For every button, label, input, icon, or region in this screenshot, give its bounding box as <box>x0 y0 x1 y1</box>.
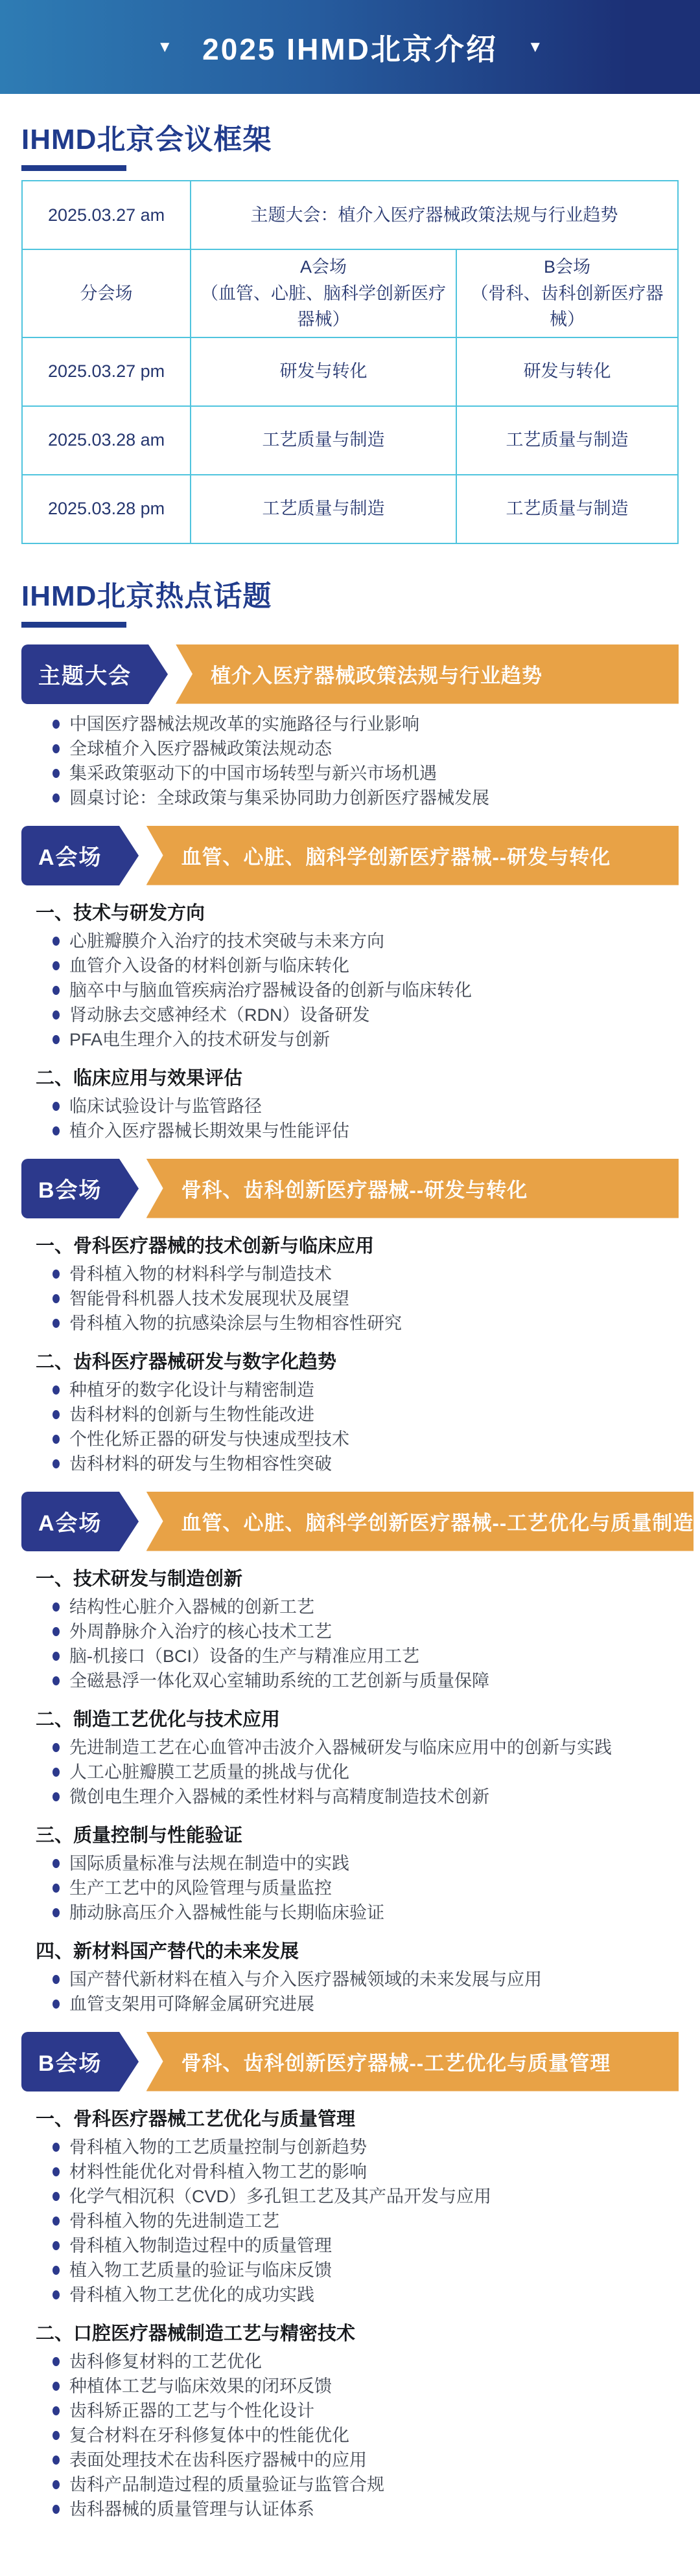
list-item-text: 种植体工艺与临床效果的闭环反馈 <box>69 2377 332 2396</box>
topic-list: 结构性心脏介入器械的创新工艺 外周静脉介入治疗的核心技术工艺 脑-机接口（BCI… <box>21 1596 679 1692</box>
bullet-dot-icon <box>52 1627 60 1636</box>
bullet-dot-icon <box>52 986 60 995</box>
schedule-cell: A会场 （血管、心脏、脑科学创新医疗器械） <box>191 249 456 337</box>
section-banner: 主题大会 植介入医疗器械政策法规与行业趋势 <box>21 644 679 704</box>
group-heading: 二、临床应用与效果评估 <box>21 1064 679 1090</box>
session-title-banner: 植介入医疗器械政策法规与行业趋势 <box>176 644 679 704</box>
table-row: 分会场 A会场 （血管、心脏、脑科学创新医疗器械） B会场 （骨科、齿科创新医疗… <box>22 249 678 337</box>
schedule-cell: 研发与转化 <box>456 337 678 406</box>
section-banner: A会场 血管、心脏、脑科学创新医疗器械--研发与转化 <box>21 826 679 885</box>
session-badge-label: 主题大会 <box>38 658 132 690</box>
bullet-dot-icon <box>52 2192 60 2201</box>
table-row: 2025.03.27 pm 研发与转化 研发与转化 <box>22 337 678 406</box>
session-title-banner: 血管、心脏、脑科学创新医疗器械--研发与转化 <box>146 826 679 885</box>
section-banner: B会场 骨科、齿科创新医疗器械--工艺优化与质量管理 <box>21 2032 679 2092</box>
topic-list: 骨科植入物的材料科学与制造技术 智能骨科机器人技术发展现状及展望 骨科植入物的抗… <box>21 1263 679 1334</box>
list-item: 国产替代新材料在植入与介入医疗器械领域的未来发展与应用 <box>21 1968 679 1990</box>
session-badge-label: B会场 <box>38 1172 102 1204</box>
list-item-text: 先进制造工艺在心血管冲击波介入器械研发与临床应用中的创新与实践 <box>69 1738 612 1757</box>
list-item-text: 圆桌讨论：全球政策与集采协同助力创新医疗器械发展 <box>69 788 489 808</box>
schedule-table: 2025.03.27 am 主题大会：植介入医疗器械政策法规与行业趋势 分会场 … <box>21 180 679 544</box>
table-row: 2025.03.28 am 工艺质量与制造 工艺质量与制造 <box>22 406 678 475</box>
bullet-dot-icon <box>52 1884 60 1893</box>
hot-topics-section: IHMD北京热点话题 主题大会 植介入医疗器械政策法规与行业趋势 中国医疗器械法… <box>21 573 679 2520</box>
list-item: 结构性心脏介入器械的创新工艺 <box>21 1596 679 1618</box>
venue-a-name: A会场 <box>198 254 449 280</box>
bullet-dot-icon <box>52 2456 60 2465</box>
list-item: 圆桌讨论：全球政策与集采协同助力创新医疗器械发展 <box>21 787 679 809</box>
group-heading: 一、技术与研发方向 <box>21 898 679 925</box>
list-item-text: 骨科植入物的抗感染涂层与生物相容性研究 <box>69 1314 402 1333</box>
list-item: 血管支架用可降解金属研究进展 <box>21 1993 679 2015</box>
list-item: 骨科植入物制造过程中的质量管理 <box>21 2235 679 2257</box>
bullet-dot-icon <box>52 1792 60 1801</box>
bullet-dot-icon <box>52 1035 60 1044</box>
list-item: 齿科修复材料的工艺优化 <box>21 2351 679 2373</box>
list-item-text: PFA电生理介入的技术研发与创新 <box>69 1030 330 1049</box>
topic-list: 心脏瓣膜介入治疗的技术突破与未来方向 血管介入设备的材料创新与临床转化 脑卒中与… <box>21 930 679 1051</box>
topic-section-b-quality: B会场 骨科、齿科创新医疗器械--工艺优化与质量管理 一、骨科医疗器械工艺优化与… <box>21 2032 679 2520</box>
group-heading: 三、质量控制与性能验证 <box>21 1821 679 1847</box>
schedule-time-cell: 2025.03.27 am <box>22 181 191 249</box>
list-item: 中国医疗器械法规改革的实施路径与行业影响 <box>21 713 679 735</box>
schedule-cell: 工艺质量与制造 <box>456 475 678 543</box>
session-title-banner: 骨科、齿科创新医疗器械--研发与转化 <box>146 1159 679 1218</box>
topic-list: 齿科修复材料的工艺优化 种植体工艺与临床效果的闭环反馈 齿科矫正器的工艺与个性化… <box>21 2351 679 2520</box>
list-item: 脑卒中与脑血管疾病治疗器械设备的创新与临床转化 <box>21 979 679 1001</box>
session-title: 植介入医疗器械政策法规与行业趋势 <box>211 659 542 689</box>
list-item: 微创电生理介入器械的柔性材料与高精度制造技术创新 <box>21 1786 679 1808</box>
list-item-text: 肾动脉去交感神经术（RDN）设备研发 <box>69 1005 370 1025</box>
list-item-text: 植介入医疗器械长期效果与性能评估 <box>69 1121 349 1141</box>
bullet-dot-icon <box>52 1319 60 1328</box>
list-item-text: 国际质量标准与法规在制造中的实践 <box>69 1854 349 1873</box>
bullet-dot-icon <box>52 720 60 729</box>
right-triangle-icon: ▼ <box>528 40 543 55</box>
bullet-dot-icon <box>52 2143 60 2152</box>
venue-a-desc: （血管、心脏、脑科学创新医疗器械） <box>198 280 449 333</box>
list-item: 人工心脏瓣膜工艺质量的挑战与优化 <box>21 1761 679 1783</box>
heading-underline <box>21 622 126 628</box>
list-item: 国际质量标准与法规在制造中的实践 <box>21 1852 679 1875</box>
list-item-text: 生产工艺中的风险管理与质量监控 <box>69 1878 332 1898</box>
list-item: 临床试验设计与监管路径 <box>21 1095 679 1117</box>
table-row: 2025.03.28 pm 工艺质量与制造 工艺质量与制造 <box>22 475 678 543</box>
schedule-cell: 主题大会：植介入医疗器械政策法规与行业趋势 <box>191 181 678 249</box>
bullet-dot-icon <box>52 2167 60 2176</box>
list-item: 骨科植入物的先进制造工艺 <box>21 2210 679 2232</box>
schedule-cell: 工艺质量与制造 <box>191 475 456 543</box>
list-item-text: 化学气相沉积（CVD）多孔钽工艺及其产品开发与应用 <box>69 2187 491 2206</box>
list-item: 集采政策驱动下的中国市场转型与新兴市场机遇 <box>21 762 679 784</box>
list-item-text: 人工心脏瓣膜工艺质量的挑战与优化 <box>69 1762 349 1782</box>
list-item: 骨科植入物的抗感染涂层与生物相容性研究 <box>21 1312 679 1334</box>
bullet-dot-icon <box>52 1435 60 1444</box>
list-item: 材料性能优化对骨科植入物工艺的影响 <box>21 2161 679 2183</box>
list-item-text: 骨科植入物制造过程中的质量管理 <box>69 2236 332 2255</box>
list-item-text: 集采政策驱动下的中国市场转型与新兴市场机遇 <box>69 764 437 783</box>
list-item-text: 结构性心脏介入器械的创新工艺 <box>69 1597 314 1617</box>
list-item: 化学气相沉积（CVD）多孔钽工艺及其产品开发与应用 <box>21 2185 679 2207</box>
list-item: 先进制造工艺在心血管冲击波介入器械研发与临床应用中的创新与实践 <box>21 1737 679 1759</box>
list-item: 齿科产品制造过程的质量验证与监管合规 <box>21 2474 679 2496</box>
topic-section-a-quality: A会场 血管、心脏、脑科学创新医疗器械--工艺优化与质量制造 一、技术研发与制造… <box>21 1492 679 2015</box>
bullet-dot-icon <box>52 1602 60 1612</box>
bullet-dot-icon <box>52 1859 60 1868</box>
bullet-dot-icon <box>52 2241 60 2250</box>
list-item: 血管介入设备的材料创新与临床转化 <box>21 955 679 977</box>
list-item: 种植体工艺与临床效果的闭环反馈 <box>21 2375 679 2397</box>
list-item: 齿科材料的创新与生物性能改进 <box>21 1404 679 1426</box>
topic-list: 种植牙的数字化设计与精密制造 齿科材料的创新与生物性能改进 个性化矫正器的研发与… <box>21 1379 679 1475</box>
list-item-text: 齿科矫正器的工艺与个性化设计 <box>69 2401 314 2421</box>
schedule-time-cell: 2025.03.27 pm <box>22 337 191 406</box>
list-item: 骨科植入物工艺优化的成功实践 <box>21 2284 679 2306</box>
hot-topics-heading: IHMD北京热点话题 <box>21 573 679 614</box>
topic-list: 先进制造工艺在心血管冲击波介入器械研发与临床应用中的创新与实践 人工心脏瓣膜工艺… <box>21 1737 679 1808</box>
schedule-time-cell: 2025.03.28 am <box>22 406 191 475</box>
list-item: 齿科材料的研发与生物相容性突破 <box>21 1453 679 1475</box>
framework-heading: IHMD北京会议框架 <box>21 116 679 157</box>
list-item-text: 表面处理技术在齿科医疗器械中的应用 <box>69 2450 367 2470</box>
list-item: 骨科植入物的工艺质量控制与创新趋势 <box>21 2136 679 2158</box>
list-item-text: 智能骨科机器人技术发展现状及展望 <box>69 1289 349 1308</box>
group-heading: 一、技术研发与制造创新 <box>21 1564 679 1591</box>
list-item-text: 齿科材料的创新与生物性能改进 <box>69 1405 314 1424</box>
list-item-text: 齿科材料的研发与生物相容性突破 <box>69 1454 332 1474</box>
list-item-text: 齿科器械的质量管理与认证体系 <box>69 2500 314 2519</box>
bullet-dot-icon <box>52 1010 60 1020</box>
list-item: 齿科矫正器的工艺与个性化设计 <box>21 2400 679 2422</box>
bullet-dot-icon <box>52 1102 60 1111</box>
list-item: 齿科器械的质量管理与认证体系 <box>21 2498 679 2520</box>
venue-b-desc: （骨科、齿科创新医疗器械） <box>463 280 671 333</box>
list-item: 肾动脉去交感神经术（RDN）设备研发 <box>21 1004 679 1026</box>
schedule-cell: 工艺质量与制造 <box>456 406 678 475</box>
list-item: 外周静脉介入治疗的核心技术工艺 <box>21 1621 679 1643</box>
schedule-time-cell: 分会场 <box>22 249 191 337</box>
bullet-dot-icon <box>52 769 60 778</box>
bullet-dot-icon <box>52 2480 60 2489</box>
bullet-dot-icon <box>52 1294 60 1303</box>
bullet-dot-icon <box>52 1975 60 1984</box>
topic-list: 骨科植入物的工艺质量控制与创新趋势 材料性能优化对骨科植入物工艺的影响 化学气相… <box>21 2136 679 2306</box>
group-heading: 一、骨科医疗器械工艺优化与质量管理 <box>21 2104 679 2131</box>
session-badge: B会场 <box>21 1159 119 1218</box>
bullet-dot-icon <box>52 2505 60 2514</box>
bullet-dot-icon <box>52 2406 60 2415</box>
bullet-dot-icon <box>52 1270 60 1279</box>
list-item-text: 个性化矫正器的研发与快速成型技术 <box>69 1430 349 1449</box>
bullet-dot-icon <box>52 1410 60 1419</box>
schedule-cell: B会场 （骨科、齿科创新医疗器械） <box>456 249 678 337</box>
bullet-dot-icon <box>52 1459 60 1468</box>
list-item-text: 全球植介入医疗器械政策法规动态 <box>69 739 332 758</box>
session-title-banner: 血管、心脏、脑科学创新医疗器械--工艺优化与质量制造 <box>146 1492 694 1551</box>
topic-section-a-rd: A会场 血管、心脏、脑科学创新医疗器械--研发与转化 一、技术与研发方向 心脏瓣… <box>21 826 679 1142</box>
bullet-dot-icon <box>52 2431 60 2440</box>
list-item: PFA电生理介入的技术研发与创新 <box>21 1029 679 1051</box>
group-heading: 二、齿科医疗器械研发与数字化趋势 <box>21 1347 679 1374</box>
topic-list: 临床试验设计与监管路径 植介入医疗器械长期效果与性能评估 <box>21 1095 679 1142</box>
page-header[interactable]: ▼ 2025 IHMD北京介绍 ▼ <box>0 0 700 94</box>
list-item-text: 骨科植入物的材料科学与制造技术 <box>69 1264 332 1284</box>
list-item: 个性化矫正器的研发与快速成型技术 <box>21 1428 679 1450</box>
page-title: 2025 IHMD北京介绍 <box>202 26 498 69</box>
list-item-text: 外周静脉介入治疗的核心技术工艺 <box>69 1622 332 1641</box>
list-item-text: 骨科植入物工艺优化的成功实践 <box>69 2285 314 2305</box>
list-item-text: 脑卒中与脑血管疾病治疗器械设备的创新与临床转化 <box>69 981 472 1000</box>
heading-underline <box>21 165 126 171</box>
list-item-text: 骨科植入物的先进制造工艺 <box>69 2211 279 2231</box>
framework-section: IHMD北京会议框架 2025.03.27 am 主题大会：植介入医疗器械政策法… <box>21 116 679 544</box>
list-item: 脑-机接口（BCI）设备的生产与精准应用工艺 <box>21 1645 679 1667</box>
session-title: 骨科、齿科创新医疗器械--研发与转化 <box>181 1174 528 1203</box>
list-item: 智能骨科机器人技术发展现状及展望 <box>21 1288 679 1310</box>
bullet-dot-icon <box>52 1768 60 1777</box>
list-item: 全磁悬浮一体化双心室辅助系统的工艺创新与质量保障 <box>21 1670 679 1692</box>
topic-list: 国际质量标准与法规在制造中的实践 生产工艺中的风险管理与质量监控 肺动脉高压介入… <box>21 1852 679 1924</box>
list-item: 表面处理技术在齿科医疗器械中的应用 <box>21 2449 679 2471</box>
list-item-text: 中国医疗器械法规改革的实施路径与行业影响 <box>69 714 419 734</box>
bullet-dot-icon <box>52 937 60 946</box>
bullet-dot-icon <box>52 2266 60 2275</box>
list-item-text: 齿科产品制造过程的质量验证与监管合规 <box>69 2475 384 2494</box>
session-badge: A会场 <box>21 1492 119 1551</box>
bullet-dot-icon <box>52 961 60 970</box>
topic-section-b-rd: B会场 骨科、齿科创新医疗器械--研发与转化 一、骨科医疗器械的技术创新与临床应… <box>21 1159 679 1475</box>
bullet-dot-icon <box>52 744 60 753</box>
bullet-dot-icon <box>52 1652 60 1661</box>
list-item-text: 全磁悬浮一体化双心室辅助系统的工艺创新与质量保障 <box>69 1671 489 1691</box>
bullet-dot-icon <box>52 2382 60 2391</box>
list-item: 植介入医疗器械长期效果与性能评估 <box>21 1120 679 1142</box>
bullet-dot-icon <box>52 1676 60 1685</box>
list-item-text: 脑-机接口（BCI）设备的生产与精准应用工艺 <box>69 1647 419 1666</box>
schedule-cell: 研发与转化 <box>191 337 456 406</box>
list-item: 肺动脉高压介入器械性能与长期临床验证 <box>21 1902 679 1924</box>
bullet-dot-icon <box>52 1385 60 1395</box>
list-item-text: 种植牙的数字化设计与精密制造 <box>69 1380 314 1400</box>
section-banner: B会场 骨科、齿科创新医疗器械--研发与转化 <box>21 1159 679 1218</box>
schedule-time-cell: 2025.03.28 pm <box>22 475 191 543</box>
list-item: 生产工艺中的风险管理与质量监控 <box>21 1877 679 1899</box>
session-badge-label: A会场 <box>38 1505 102 1537</box>
group-heading: 二、制造工艺优化与技术应用 <box>21 1705 679 1731</box>
list-item-text: 微创电生理介入器械的柔性材料与高精度制造技术创新 <box>69 1787 489 1807</box>
left-triangle-icon: ▼ <box>157 40 172 55</box>
list-item: 骨科植入物的材料科学与制造技术 <box>21 1263 679 1285</box>
list-item: 心脏瓣膜介入治疗的技术突破与未来方向 <box>21 930 679 952</box>
list-item-text: 齿科修复材料的工艺优化 <box>69 2352 262 2371</box>
topic-list: 国产替代新材料在植入与介入医疗器械领域的未来发展与应用 血管支架用可降解金属研究… <box>21 1968 679 2015</box>
list-item-text: 材料性能优化对骨科植入物工艺的影响 <box>69 2162 367 2182</box>
session-title: 骨科、齿科创新医疗器械--工艺优化与质量管理 <box>181 2047 611 2076</box>
list-item-text: 植入物工艺质量的验证与临床反馈 <box>69 2261 332 2280</box>
group-heading: 四、新材料国产替代的未来发展 <box>21 1937 679 1963</box>
session-title: 血管、心脏、脑科学创新医疗器械--工艺优化与质量制造 <box>181 1507 694 1536</box>
list-item-text: 国产替代新材料在植入与介入医疗器械领域的未来发展与应用 <box>69 1970 542 1989</box>
bullet-dot-icon <box>52 2217 60 2226</box>
list-item-text: 血管介入设备的材料创新与临床转化 <box>69 956 349 975</box>
bullet-dot-icon <box>52 2357 60 2366</box>
table-row: 2025.03.27 am 主题大会：植介入医疗器械政策法规与行业趋势 <box>22 181 678 249</box>
bullet-dot-icon <box>52 2000 60 2009</box>
list-item: 全球植介入医疗器械政策法规动态 <box>21 738 679 760</box>
list-item-text: 复合材料在牙科修复体中的性能优化 <box>69 2426 349 2445</box>
venue-b-name: B会场 <box>463 254 671 280</box>
list-item-text: 肺动脉高压介入器械性能与长期临床验证 <box>69 1903 384 1922</box>
section-banner: A会场 血管、心脏、脑科学创新医疗器械--工艺优化与质量制造 <box>21 1492 679 1551</box>
bullet-dot-icon <box>52 1126 60 1135</box>
bullet-dot-icon <box>52 1908 60 1917</box>
topic-list: 中国医疗器械法规改革的实施路径与行业影响 全球植介入医疗器械政策法规动态 集采政… <box>21 713 679 809</box>
schedule-cell: 工艺质量与制造 <box>191 406 456 475</box>
session-badge-label: A会场 <box>38 839 102 871</box>
session-badge: 主题大会 <box>21 644 148 704</box>
list-item: 种植牙的数字化设计与精密制造 <box>21 1379 679 1401</box>
bullet-dot-icon <box>52 1743 60 1752</box>
page-content: IHMD北京会议框架 2025.03.27 am 主题大会：植介入医疗器械政策法… <box>0 116 700 2520</box>
list-item-text: 心脏瓣膜介入治疗的技术突破与未来方向 <box>69 931 384 951</box>
session-title: 血管、心脏、脑科学创新医疗器械--研发与转化 <box>181 841 611 870</box>
session-badge: B会场 <box>21 2032 119 2092</box>
bullet-dot-icon <box>52 2290 60 2299</box>
list-item-text: 临床试验设计与监管路径 <box>69 1097 262 1116</box>
session-badge: A会场 <box>21 826 119 885</box>
group-heading: 一、骨科医疗器械的技术创新与临床应用 <box>21 1231 679 1258</box>
topic-section-plenary: 主题大会 植介入医疗器械政策法规与行业趋势 中国医疗器械法规改革的实施路径与行业… <box>21 644 679 809</box>
session-title-banner: 骨科、齿科创新医疗器械--工艺优化与质量管理 <box>146 2032 679 2092</box>
group-heading: 二、口腔医疗器械制造工艺与精密技术 <box>21 2319 679 2345</box>
list-item: 复合材料在牙科修复体中的性能优化 <box>21 2424 679 2446</box>
list-item-text: 骨科植入物的工艺质量控制与创新趋势 <box>69 2137 367 2157</box>
list-item-text: 血管支架用可降解金属研究进展 <box>69 1994 314 2014</box>
list-item: 植入物工艺质量的验证与临床反馈 <box>21 2259 679 2281</box>
session-badge-label: B会场 <box>38 2046 102 2077</box>
bullet-dot-icon <box>52 793 60 803</box>
